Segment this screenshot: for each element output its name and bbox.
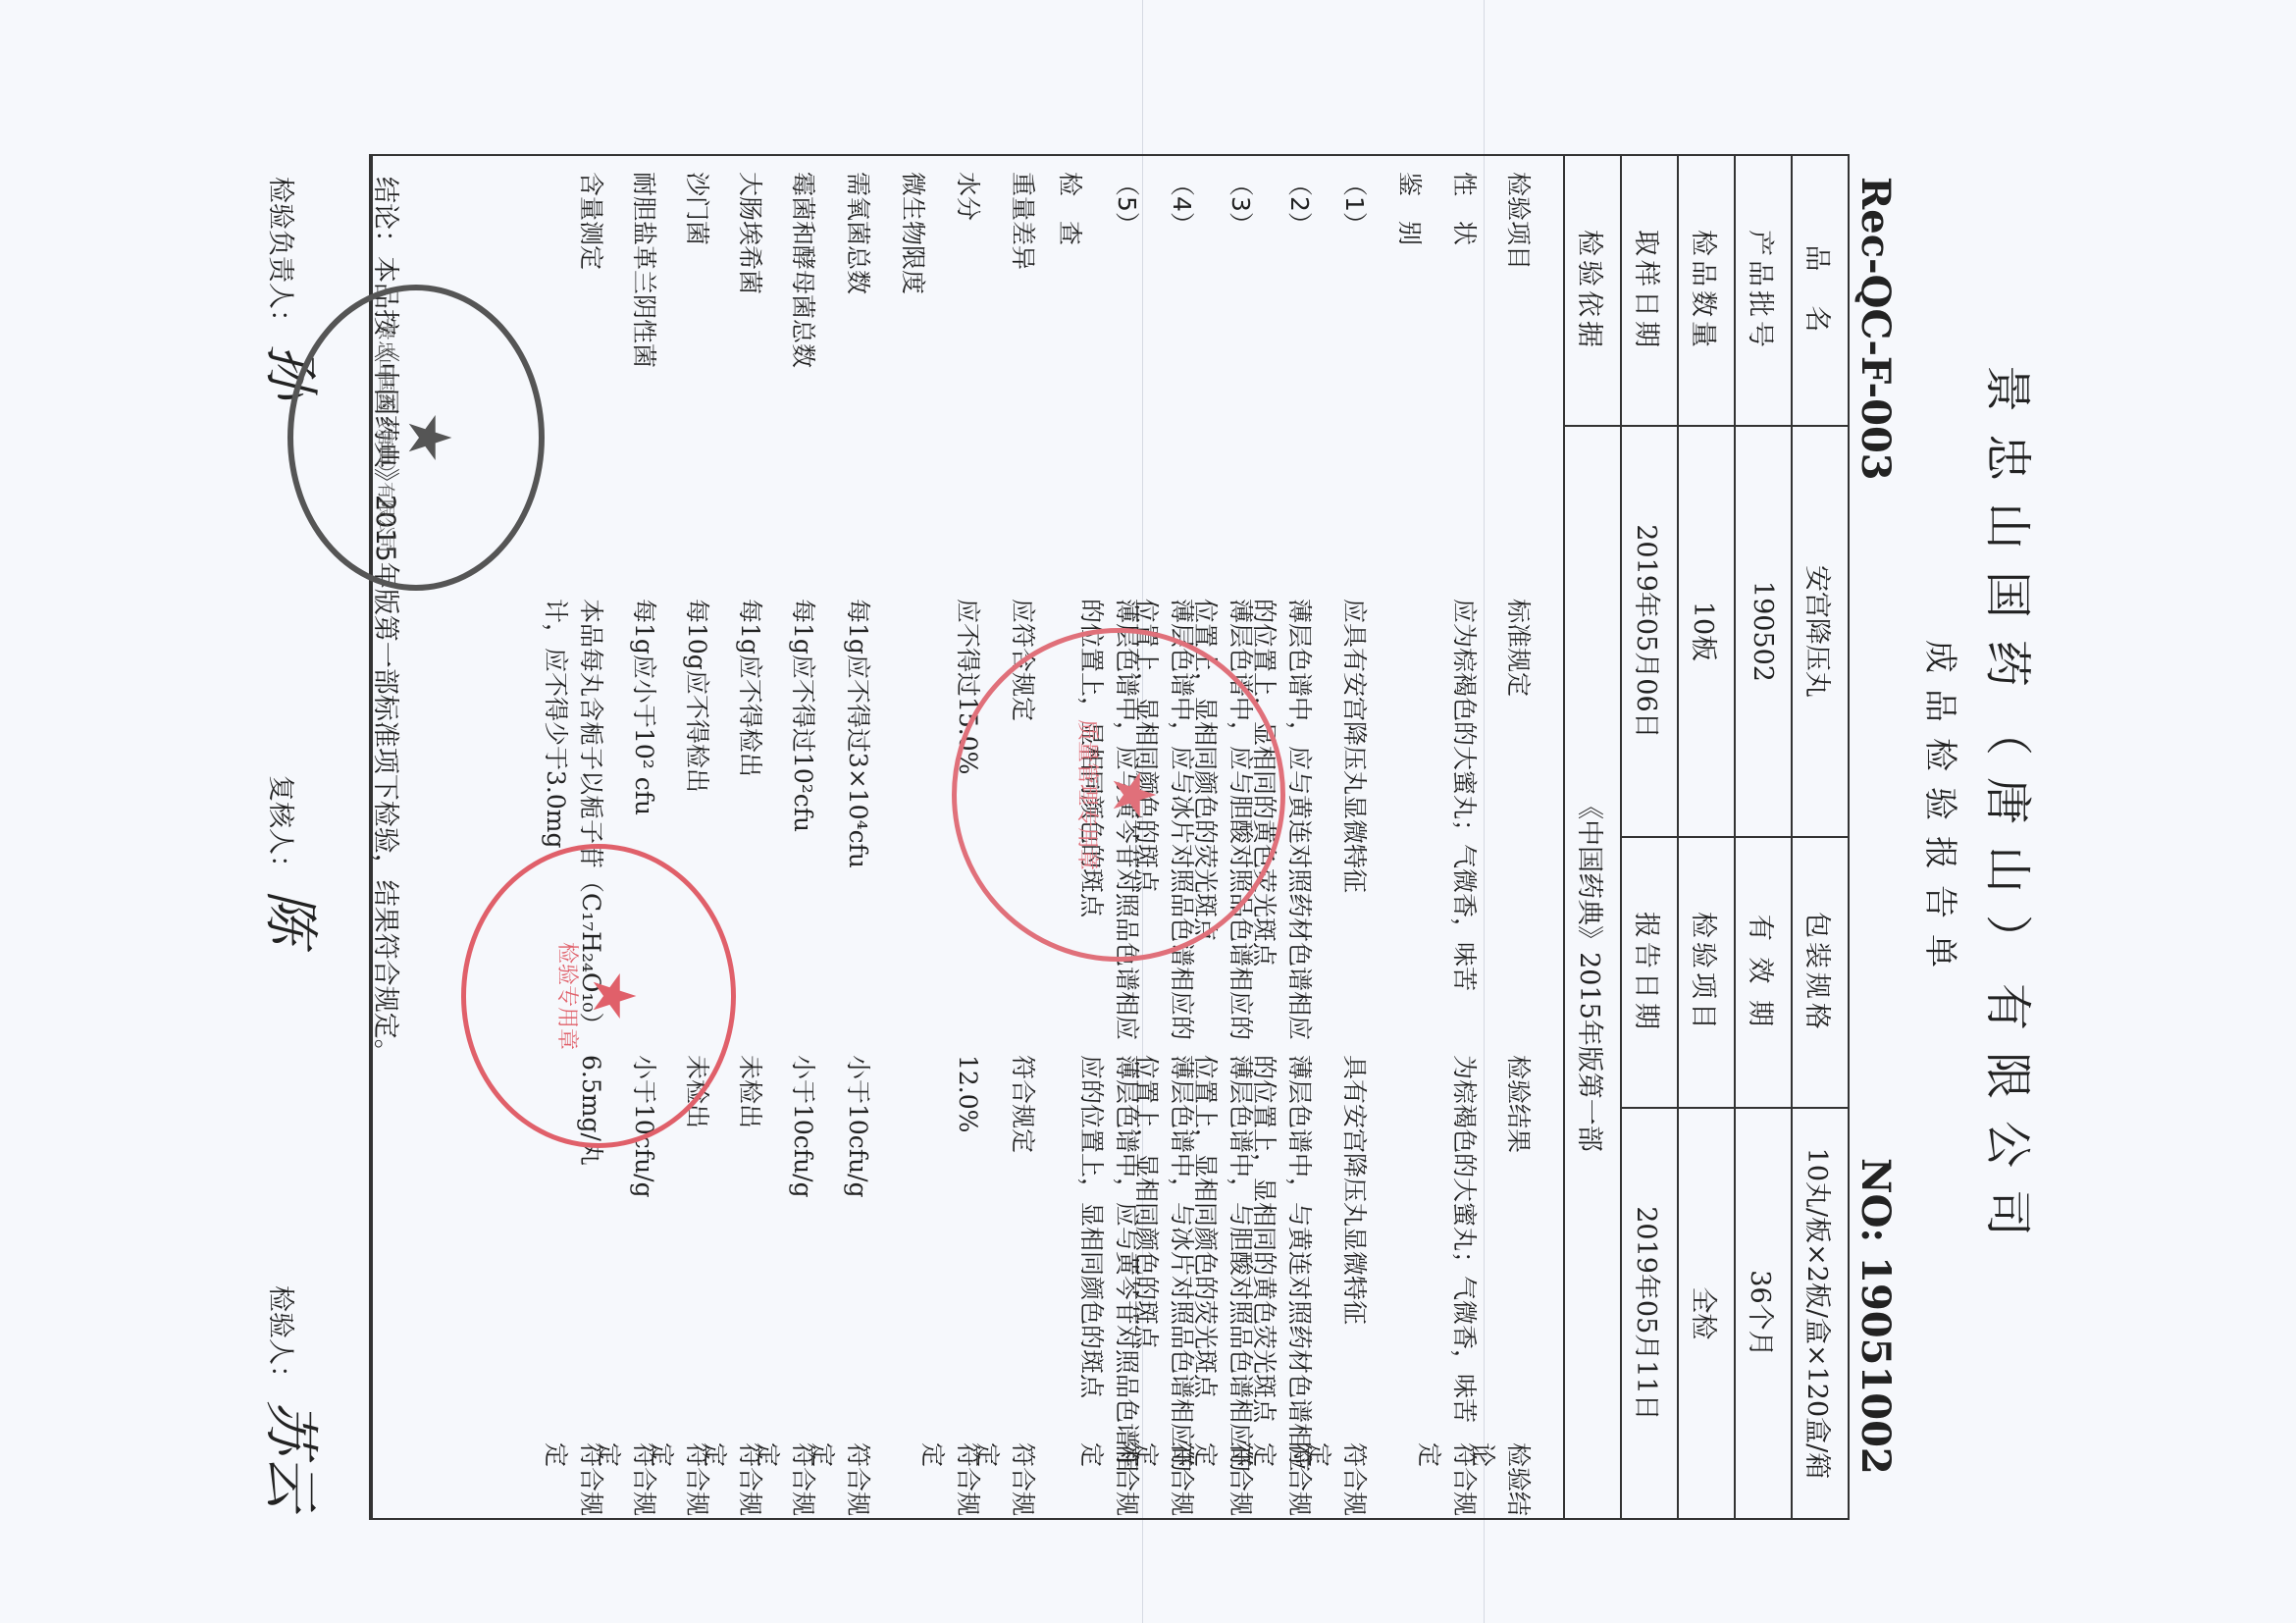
- info-label: 检验项目: [1678, 837, 1735, 1108]
- info-row: 品 名 安宫降压丸 包装规格 10丸/板×2板/盒×120盒/箱: [1792, 155, 1849, 1519]
- item-result: 符合规定: [1005, 1055, 1040, 1477]
- item-name: （2）: [1281, 172, 1317, 545]
- item-conclusion: 符合规定: [914, 1442, 985, 1521]
- quality-stamp: ★ 质量管理专用章: [952, 628, 1285, 962]
- info-row: 检验依据 《中国药典》2015年版第一部: [1564, 155, 1621, 1519]
- company-stamp: ★ 景忠山国药（唐山）有限公司: [287, 285, 545, 591]
- stamp-text: 质量管理专用章: [1074, 719, 1105, 870]
- info-row: 产品批号 190502 有 效 期 36个月: [1735, 155, 1792, 1519]
- item-name: （4）: [1164, 172, 1199, 545]
- item-result: 未检出: [679, 1055, 714, 1477]
- item-name: （1）: [1336, 172, 1372, 545]
- item-conclusion: 符合规定: [1073, 1442, 1144, 1521]
- supervisor-label: 检验负责人：: [265, 177, 295, 336]
- info-label: 包装规格: [1792, 837, 1849, 1108]
- item-standard: 每1g应不得检出: [732, 599, 767, 1050]
- inspector-label: 检验人：: [265, 1285, 295, 1391]
- info-value: 2019年05月06日: [1621, 426, 1678, 837]
- info-label: 检品数量: [1678, 155, 1735, 426]
- report-number-label: NO:: [1852, 1158, 1899, 1242]
- inspection-stamp: ★ 检验专用章: [461, 844, 736, 1148]
- item-name: 需氧菌总数: [840, 172, 875, 545]
- stamp-text: 检验专用章: [554, 942, 585, 1050]
- form-code: Rec-QC-F-003: [1852, 177, 1899, 481]
- info-label: 报告日期: [1621, 837, 1678, 1108]
- star-icon: ★: [1105, 768, 1164, 821]
- item-standard: 应具有安宫降压丸显微特征: [1336, 599, 1372, 1050]
- item-result: 为棕褐色的大蜜丸；气微香，味苦: [1446, 1055, 1482, 1477]
- info-table: 品 名 安宫降压丸 包装规格 10丸/板×2板/盒×120盒/箱产品批号 190…: [1563, 154, 1850, 1520]
- item-result: 12.0%: [950, 1055, 985, 1477]
- company-name: 景忠山国药（唐山）有限公司: [1978, 0, 2046, 1623]
- info-label: 检验依据: [1564, 155, 1621, 426]
- item-name: 重量差异: [1005, 172, 1040, 545]
- item-name: 检 查: [1052, 172, 1087, 545]
- info-label: 产品批号: [1735, 155, 1792, 426]
- info-value: 安宫降压丸: [1792, 426, 1849, 837]
- col-standard-header: 标准规定: [1500, 599, 1536, 1050]
- item-name: 性 状: [1446, 172, 1482, 545]
- item-result: 小于10cfu/g: [785, 1055, 820, 1477]
- item-name: 大肠埃希菌: [732, 172, 767, 545]
- reviewer-signature: 陈: [258, 890, 322, 945]
- item-result: 小于10cfu/g: [840, 1055, 875, 1477]
- report-page: 景忠山国药（唐山）有限公司 成品检验报告单 Rec-QC-F-003 NO: 1…: [0, 0, 2296, 1623]
- fold-line: [1484, 0, 1485, 1623]
- item-conclusion: 符合规定: [1411, 1442, 1482, 1521]
- info-value: 全检: [1678, 1108, 1735, 1519]
- report-number-value: 19051002: [1852, 1256, 1899, 1475]
- item-name: 鉴 别: [1391, 172, 1427, 545]
- report-number: NO: 19051002: [1852, 1158, 1899, 1475]
- info-label: 取样日期: [1621, 155, 1678, 426]
- info-value: 36个月: [1735, 1108, 1792, 1519]
- item-name: 沙门菌: [679, 172, 714, 545]
- info-label: 有 效 期: [1735, 837, 1792, 1108]
- item-name: （3）: [1223, 172, 1258, 545]
- report-title: 成品检验报告单: [1919, 0, 1967, 1623]
- item-name: 霉菌和酵母菌总数: [785, 172, 820, 545]
- info-value: 10丸/板×2板/盒×120盒/箱: [1792, 1108, 1849, 1519]
- reviewer-field: 复核人： 陈: [255, 775, 334, 945]
- inspector-signature: 苏云: [258, 1400, 322, 1510]
- item-conclusion: 符合规定: [538, 1442, 608, 1521]
- info-label: 品 名: [1792, 155, 1849, 426]
- col-result-header: 检验结果: [1500, 1055, 1536, 1477]
- item-result: 未检出: [732, 1055, 767, 1477]
- info-value: 2019年05月11日: [1621, 1108, 1678, 1519]
- item-standard: 每1g应不得过10²cfu: [785, 599, 820, 1050]
- info-value: 《中国药典》2015年版第一部: [1564, 426, 1621, 1519]
- star-icon: ★: [585, 969, 644, 1022]
- info-value: 10板: [1678, 426, 1735, 837]
- info-row: 取样日期 2019年05月06日 报告日期 2019年05月11日: [1621, 155, 1678, 1519]
- item-name: 耐胆盐革兰阴性菌: [626, 172, 661, 545]
- reviewer-label: 复核人：: [265, 775, 295, 881]
- info-value: 190502: [1735, 426, 1792, 837]
- inspector-field: 检验人： 苏云: [255, 1285, 334, 1510]
- item-name: 水分: [950, 172, 985, 545]
- item-name: 微生物限度: [895, 172, 930, 545]
- item-standard: 应为棕褐色的大蜜丸；气微香，味苦: [1446, 599, 1482, 1050]
- item-result: 具有安宫降压丸显微特征: [1336, 1055, 1372, 1477]
- col-item-header: 检验项目: [1500, 172, 1536, 545]
- info-row: 检品数量 10板 检验项目 全检: [1678, 155, 1735, 1519]
- item-result: 薄层色谱中，应与黄芩苷对照品色谱相应的位置上，显相同颜色的斑点: [1073, 1055, 1144, 1477]
- star-icon: ★: [399, 411, 458, 464]
- item-standard: 每1g应不得过3×10⁴cfu: [840, 599, 875, 1050]
- item-name: （5）: [1109, 172, 1144, 545]
- item-name: 含量测定: [573, 172, 608, 545]
- stamp-text: 景忠山国药（唐山）有限公司: [374, 323, 399, 552]
